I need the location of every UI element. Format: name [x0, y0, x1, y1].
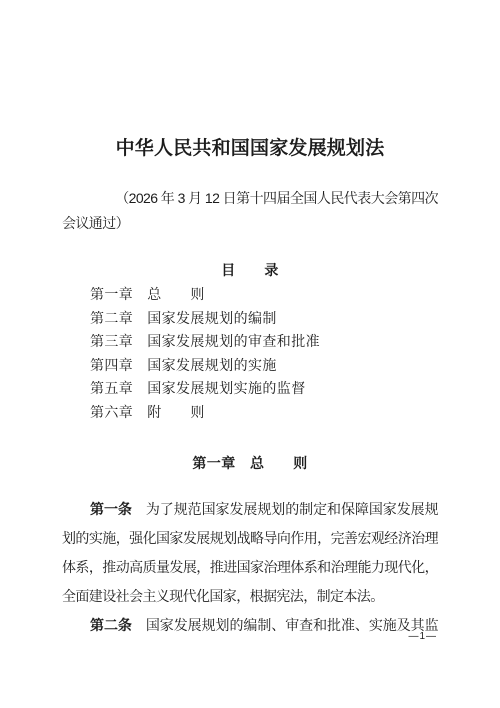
article-2-label: 第二条	[90, 617, 132, 633]
chapter-1-body: 第一条为了规范国家发展规划的制定和保障国家发展规划的实施，强化国家发展规划战略导…	[62, 495, 438, 640]
toc-chapter-title: 附 则	[147, 404, 205, 420]
toc-entry: 第六章附 则	[90, 401, 438, 425]
toc-chapter-number: 第六章	[90, 404, 133, 420]
toc-chapter-title: 国家发展规划的审查和批准	[147, 333, 320, 349]
law-title: 中华人民共和国国家发展规划法	[62, 136, 438, 162]
toc-chapter-number: 第五章	[90, 380, 133, 396]
toc-chapter-title: 国家发展规划的实施	[147, 357, 277, 373]
toc-entry: 第五章国家发展规划实施的监督	[90, 377, 438, 401]
enactment-note: （2026 年 3 月 12 日第十四届全国人民代表大会第四次会议通过）	[62, 186, 438, 235]
toc-heading: 目 录	[62, 258, 438, 282]
toc-chapter-title: 国家发展规划实施的监督	[147, 380, 305, 396]
article-1-label: 第一条	[90, 501, 132, 517]
page-number: —1—	[408, 631, 437, 642]
article-2: 第二条国家发展规划的编制、审查和批准、实施及其监督	[62, 611, 438, 640]
toc-entry: 第二章国家发展规划的编制	[90, 307, 438, 331]
page-content: 中华人民共和国国家发展规划法 （2026 年 3 月 12 日第十四届全国人民代…	[62, 0, 438, 640]
article-1: 第一条为了规范国家发展规划的制定和保障国家发展规划的实施，强化国家发展规划战略导…	[62, 495, 438, 611]
toc-entry: 第四章国家发展规划的实施	[90, 354, 438, 378]
toc-chapter-title: 总 则	[147, 286, 205, 302]
toc-chapter-number: 第一章	[90, 286, 133, 302]
toc-chapter-number: 第四章	[90, 357, 133, 373]
chapter-1-heading: 第一章 总 则	[62, 451, 438, 475]
toc-entry: 第一章总 则	[90, 283, 438, 307]
document-page: 中华人民共和国国家发展规划法 （2026 年 3 月 12 日第十四届全国人民代…	[0, 0, 500, 708]
toc-chapter-title: 国家发展规划的编制	[147, 310, 277, 326]
toc-chapter-number: 第二章	[90, 310, 133, 326]
toc-entry: 第三章国家发展规划的审查和批准	[90, 330, 438, 354]
toc-chapter-number: 第三章	[90, 333, 133, 349]
toc-list: 第一章总 则 第二章国家发展规划的编制 第三章国家发展规划的审查和批准 第四章国…	[62, 283, 438, 424]
